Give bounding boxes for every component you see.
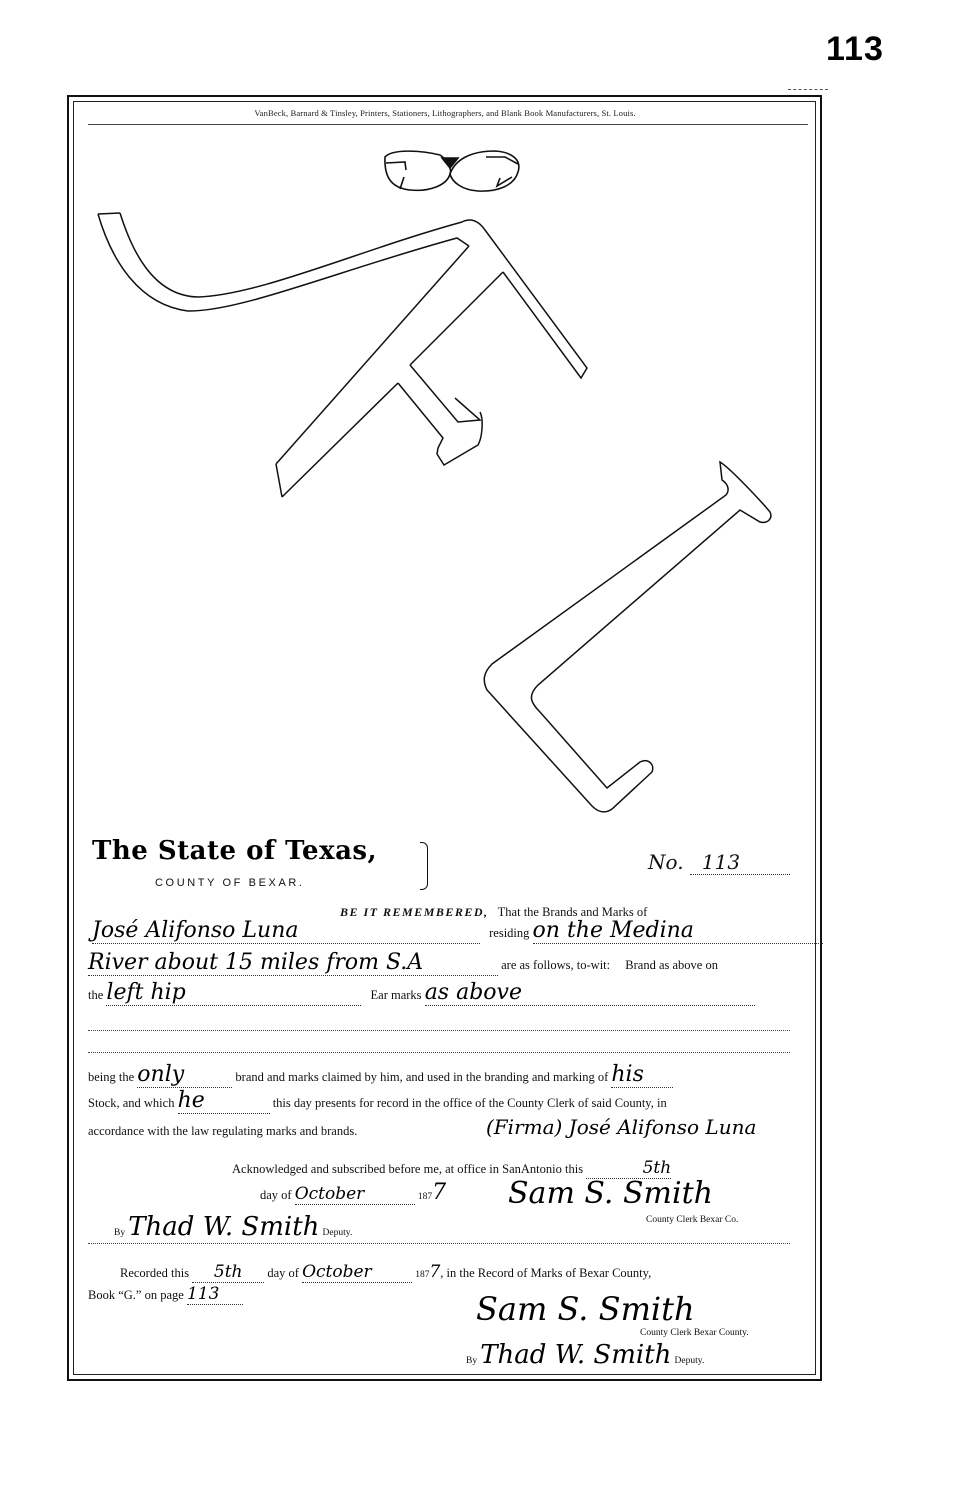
record-tail-text: , in the Record of Marks of Bexar County… bbox=[440, 1266, 651, 1280]
brand-location-line: the left hip Ear marks as above bbox=[88, 980, 755, 1006]
owner-signature: (Firma) José Alifonso Luna bbox=[486, 1115, 756, 1139]
book-page-value: 113 bbox=[187, 1284, 243, 1305]
being-the-label: being the bbox=[88, 1070, 134, 1084]
record-number-value: 113 bbox=[702, 850, 740, 874]
ack-year-prefix: 187 bbox=[418, 1192, 432, 1202]
residing-label: residing bbox=[489, 926, 529, 940]
rec-clerk-title: County Clerk Bexar County. bbox=[640, 1328, 749, 1338]
brand-as-above-text: Brand as above on bbox=[625, 958, 718, 972]
the-label: the bbox=[88, 988, 103, 1002]
book-line: Book “G.” on page 113 bbox=[88, 1284, 243, 1305]
presents-for-record-text: this day presents for record in the offi… bbox=[273, 1096, 667, 1110]
stock-and-which-label: Stock, and which bbox=[88, 1096, 174, 1110]
brand-location: left hip bbox=[106, 980, 361, 1006]
as-follows-text: are as follows, to-wit: bbox=[501, 958, 610, 972]
blank-line-1 bbox=[88, 1030, 790, 1031]
rec-deputy-label: Deputy. bbox=[675, 1356, 705, 1366]
rec-day-value: 5th bbox=[192, 1262, 264, 1283]
brands-and-marks-text: That the Brands and Marks of bbox=[498, 905, 648, 919]
rec-deputy-line: By Thad W. Smith Deputy. bbox=[466, 1340, 704, 1370]
blank-line-2 bbox=[88, 1052, 790, 1053]
ack-day-of-label: day of bbox=[260, 1188, 292, 1202]
ack-clerk-title: County Clerk Bexar Co. bbox=[646, 1215, 738, 1225]
rec-clerk-signature: Sam S. Smith bbox=[476, 1290, 695, 1328]
ack-month-value: October bbox=[295, 1184, 415, 1205]
brand-icon bbox=[98, 213, 587, 497]
rec-day-of-label: day of bbox=[267, 1266, 299, 1280]
ack-date-line: day of October 1877 bbox=[260, 1180, 446, 1205]
ack-deputy-signature: Thad W. Smith bbox=[128, 1212, 319, 1242]
owner-name: José Alifonso Luna bbox=[92, 918, 480, 944]
ack-deputy-line: By Thad W. Smith Deputy. bbox=[114, 1212, 352, 1242]
brand-claimed-text: brand and marks claimed by him, and used… bbox=[235, 1070, 608, 1084]
ear-marks-icon bbox=[385, 151, 519, 191]
ear-marks-value: as above bbox=[425, 980, 755, 1006]
owner-line: José Alifonso Luna residing on the Medin… bbox=[92, 918, 823, 944]
be-it-remembered: BE IT REMEMBERED, bbox=[340, 905, 489, 919]
ack-deputy-label: Deputy. bbox=[323, 1228, 353, 1238]
his-value: his bbox=[611, 1062, 673, 1088]
he-value: he bbox=[178, 1088, 270, 1114]
separator-line bbox=[88, 1243, 790, 1244]
residence-1: on the Medina bbox=[533, 918, 823, 944]
accordance-text: accordance with the law regulating marks… bbox=[88, 1124, 357, 1138]
county-title: COUNTY OF BEXAR. bbox=[155, 877, 305, 889]
rec-year-suffix: 7 bbox=[429, 1262, 440, 1282]
rec-month-value: October bbox=[302, 1262, 412, 1283]
record-number-line bbox=[690, 874, 790, 875]
recorded-line: Recorded this 5th day of October 1877, i… bbox=[120, 1262, 651, 1283]
rec-deputy-signature: Thad W. Smith bbox=[480, 1340, 671, 1370]
recorded-this-label: Recorded this bbox=[120, 1266, 189, 1280]
brand-lower-icon bbox=[484, 462, 771, 812]
state-title: The State of Texas, bbox=[92, 836, 377, 866]
rec-year-prefix: 187 bbox=[415, 1270, 429, 1280]
brand-drawing-canvas bbox=[0, 0, 960, 900]
record-number-label: No. bbox=[648, 850, 684, 874]
record-number: No. 113 bbox=[648, 850, 740, 874]
residence-2: River about 15 miles from S.A bbox=[88, 950, 498, 976]
accordance-line: accordance with the law regulating marks… bbox=[88, 1124, 357, 1139]
ear-marks-label: Ear marks bbox=[371, 988, 422, 1002]
ack-by-label: By bbox=[114, 1228, 125, 1238]
ack-year-suffix: 7 bbox=[432, 1180, 446, 1205]
ack-clerk-signature: Sam S. Smith bbox=[508, 1176, 713, 1211]
residence-line: River about 15 miles from S.A are as fol… bbox=[88, 950, 718, 976]
rec-by-label: By bbox=[466, 1356, 477, 1366]
stock-line: Stock, and which he this day presents fo… bbox=[88, 1088, 667, 1114]
acknowledgement-text: Acknowledged and subscribed before me, a… bbox=[232, 1162, 583, 1176]
only-value: only bbox=[137, 1062, 232, 1088]
being-the-line: being the only brand and marks claimed b… bbox=[88, 1062, 673, 1088]
title-brace bbox=[420, 842, 428, 890]
book-label: Book “G.” on page bbox=[88, 1288, 184, 1302]
